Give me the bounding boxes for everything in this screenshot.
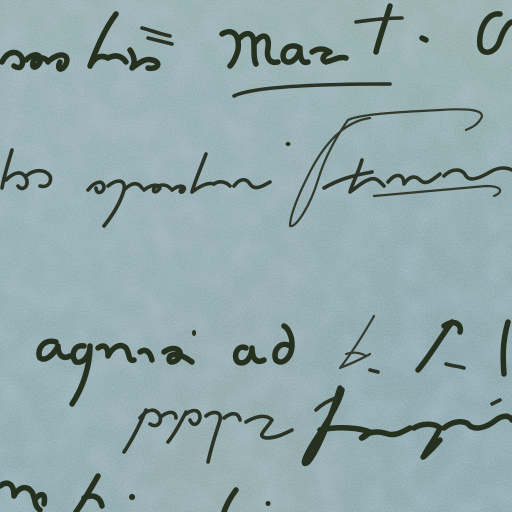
line-1-strokes bbox=[2, 6, 512, 96]
line-3-strokes bbox=[39, 316, 508, 404]
manuscript-page: …nestis Mart· O… …las agrestis fthaner… … bbox=[0, 0, 512, 512]
line-4-strokes bbox=[124, 388, 512, 463]
line-2-strokes bbox=[2, 109, 512, 226]
handwriting-strokes bbox=[0, 0, 512, 512]
line-5-strokes bbox=[0, 476, 271, 512]
